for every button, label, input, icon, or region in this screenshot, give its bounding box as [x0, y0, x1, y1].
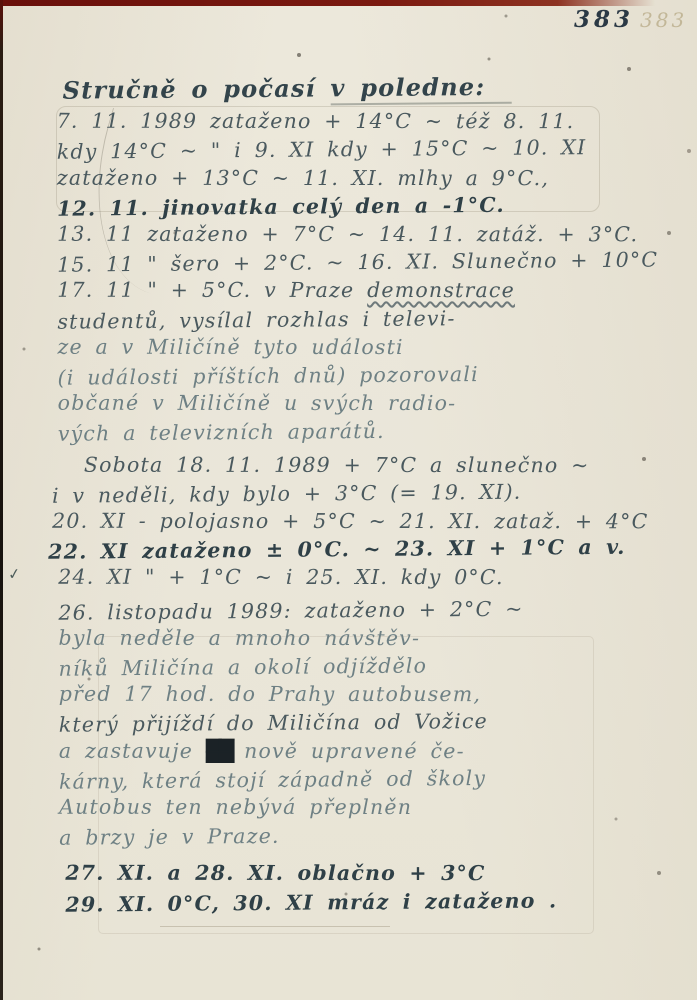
- handwritten-line: 26. listopadu 1989: zataženo + 2°C ~: [58, 593, 683, 627]
- underlined-word: demonstrace: [367, 278, 515, 302]
- manuscript-text: Stručně o počasí v poledne: 7. 11. 1989 …: [57, 73, 685, 917]
- paper-impression-line: [160, 926, 390, 937]
- crossed-out-word: ██: [206, 739, 232, 763]
- handwritten-line: 24. XI " + 1°C ~ i 25. XI. kdy 0°C.: [58, 563, 683, 592]
- scan-edge-left: [0, 0, 3, 1000]
- handwritten-line: 20. XI - polojasno + 5°C ~ 21. XI. zataž…: [52, 507, 683, 536]
- handwritten-line: byla neděle a mnoho návštěv-: [58, 624, 683, 653]
- document-title: Stručně o počasí v poledne:: [62, 71, 681, 105]
- handwritten-line: 29. XI. 0°C, 30. XI mráz i zataženo .: [65, 885, 684, 919]
- handwritten-line: 13. 11 zataženo + 7°C ~ 14. 11. zatáž. +…: [57, 220, 682, 249]
- title-text: Stručně o počasí: [62, 73, 330, 104]
- line-text: a zastavuje: [59, 738, 206, 762]
- handwritten-line: vých a televizních aparátů.: [58, 415, 683, 449]
- handwritten-line: Autobus ten nebývá přeplněn: [59, 793, 684, 822]
- handwritten-line: 15. 11 " šero + 2°C. ~ 16. XI. Slunečno …: [57, 245, 682, 279]
- line-text: nově upravené če-: [231, 739, 464, 763]
- handwritten-line: 27. XI. a 28. XI. oblačno + 3°C: [65, 859, 684, 888]
- handwritten-line: 7. 11. 1989 zataženo + 14°C ~ též 8. 11.: [57, 107, 682, 136]
- handwritten-line: níků Miličína a okolí odjíždělo: [58, 649, 683, 683]
- handwritten-line: ze a v Miličíně tyto události: [57, 333, 682, 362]
- page-number-ghost: 383: [640, 8, 687, 32]
- line-text: 17. 11 " + 5°C. v Praze: [57, 278, 367, 302]
- handwritten-line: i v neděli, kdy bylo + 3°C (= 19. XI).: [52, 476, 683, 510]
- page-number: 383: [574, 6, 634, 33]
- manuscript-page: 383383 ✓ Stručně o počasí v poledne: 7. …: [0, 0, 697, 1000]
- handwritten-line: kárny, která stojí západně od školy: [59, 762, 684, 796]
- handwritten-line: studentů, vysílal rozhlas i televi-: [57, 302, 682, 336]
- handwritten-line: 17. 11 " + 5°C. v Praze demonstrace: [57, 276, 682, 305]
- handwritten-line: který přijíždí do Miličína od Vožice: [59, 706, 684, 740]
- handwritten-line: před 17 hod. do Prahy autobusem,: [59, 680, 684, 709]
- handwritten-line: občané v Miličíně u svých radio-: [58, 389, 683, 418]
- margin-checkmark: ✓: [7, 564, 22, 584]
- handwritten-line: kdy 14°C ~ " i 9. XI kdy + 15°C ~ 10. XI: [57, 133, 682, 167]
- handwritten-line: 22. XI zataženo ± 0°C. ~ 23. XI + 1°C a …: [48, 532, 683, 566]
- page-number-block: 383383: [574, 6, 687, 33]
- handwritten-line: zataženo + 13°C ~ 11. XI. mlhy a 9°C.,: [57, 163, 682, 192]
- title-underlined-text: v poledne:: [330, 72, 511, 106]
- handwritten-line: Sobota 18. 11. 1989 + 7°C a slunečno ~: [84, 450, 683, 479]
- handwritten-line: (i události příštích dnů) pozorovali: [57, 358, 682, 392]
- handwritten-line: a zastavuje ██ nově upravené če-: [59, 736, 684, 765]
- handwritten-line: a brzy je v Praze.: [59, 819, 684, 853]
- handwritten-line: 12. 11. jinovatka celý den a -1°C.: [57, 189, 682, 223]
